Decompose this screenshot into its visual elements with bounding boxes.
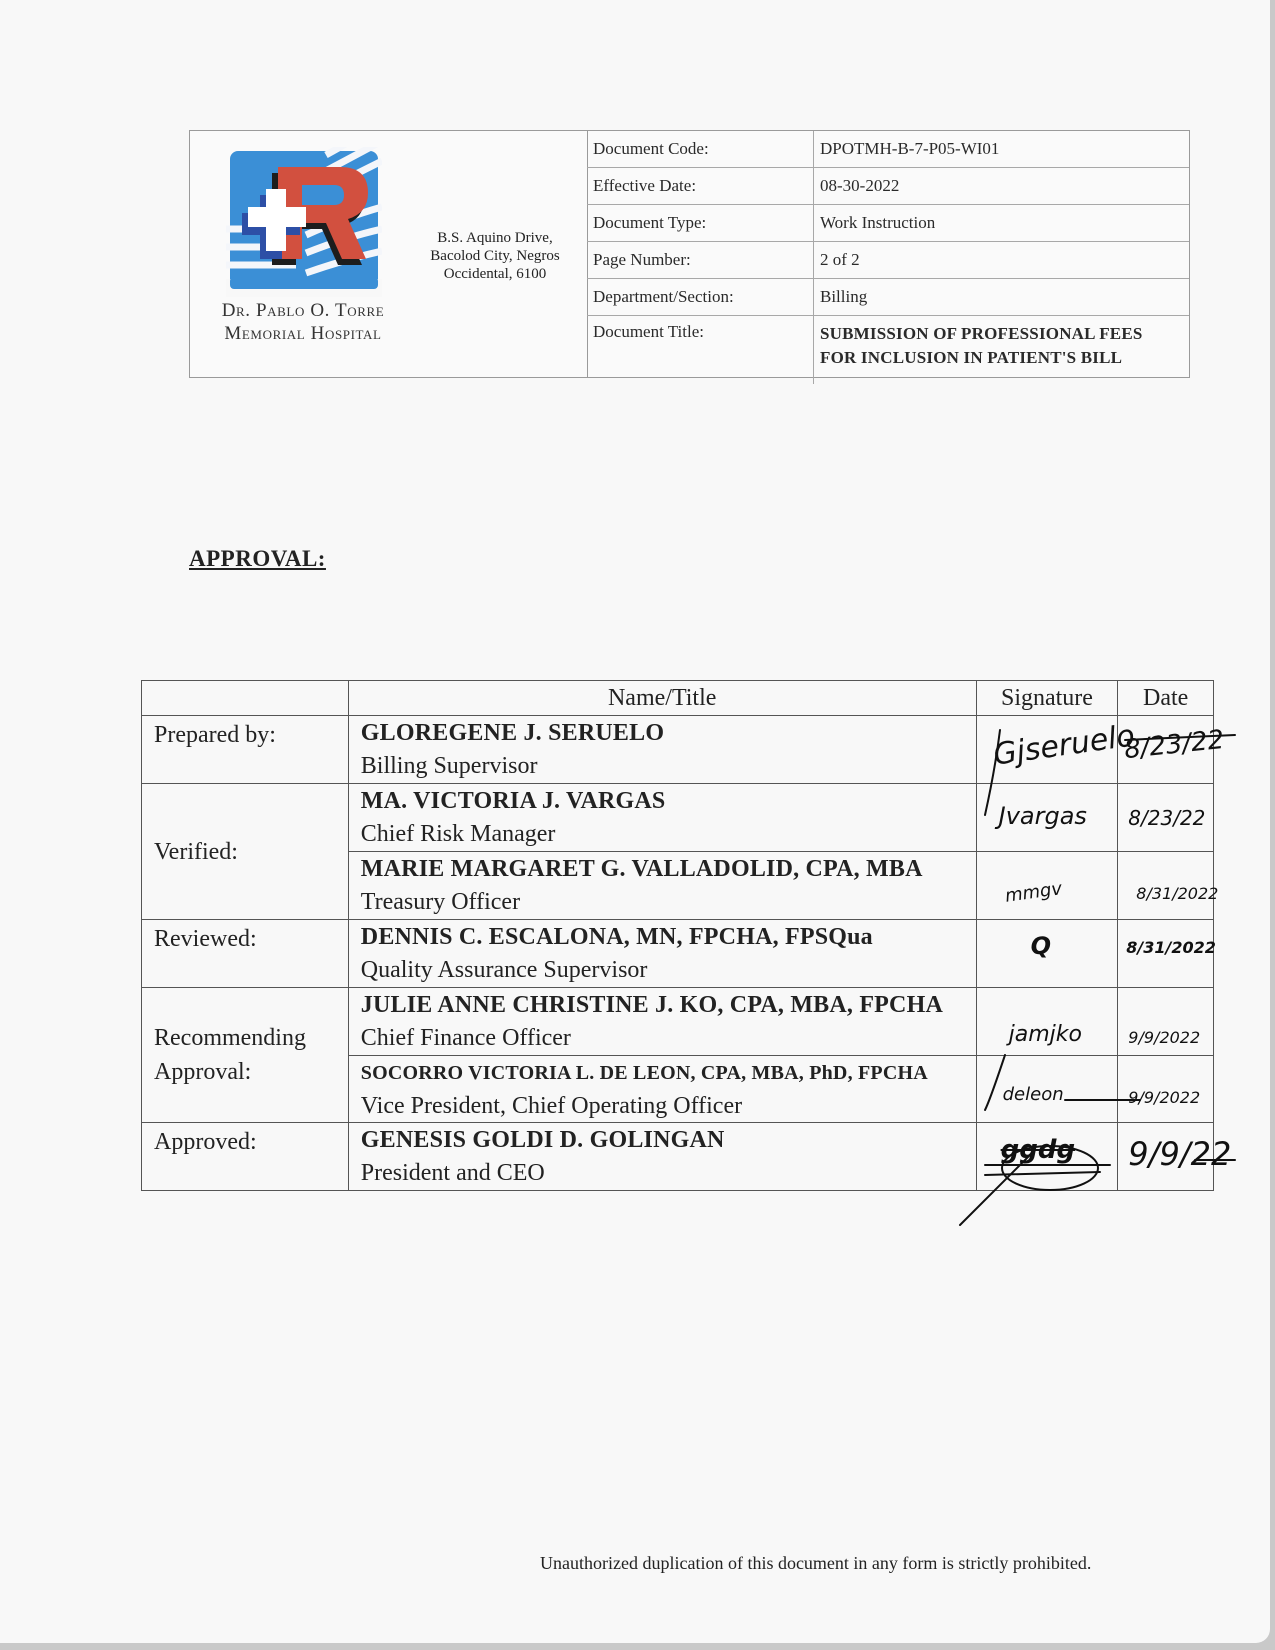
meta-label: Document Code: (587, 131, 814, 168)
document-type: Work Instruction (814, 205, 1190, 242)
signature: deleon (1003, 1084, 1064, 1105)
hospital-address: B.S. Aquino Drive, Bacolod City, Negros … (420, 229, 570, 301)
signature-cell: Jvargas (976, 784, 1118, 852)
role-reviewed: Reviewed: (142, 920, 349, 988)
signature: Q (1031, 932, 1051, 960)
signature: Gjseruelo (991, 718, 1137, 772)
signatory-name: MA. VICTORIA J. VARGAS (361, 784, 964, 818)
role-prepared: Prepared by: (142, 716, 349, 784)
meta-label: Effective Date: (587, 168, 814, 205)
signature-cell: Gjseruelo (976, 716, 1118, 784)
signatory-name: JULIE ANNE CHRISTINE J. KO, CPA, MBA, FP… (361, 988, 964, 1022)
meta-label: Document Type: (587, 205, 814, 242)
column-header-signature: Signature (976, 681, 1118, 716)
signatory-title: Billing Supervisor (361, 750, 964, 782)
signed-date: 8/31/2022 (1136, 884, 1218, 903)
signature-cell: ggdg (976, 1123, 1118, 1191)
name-title-cell: GENESIS GOLDI D. GOLINGAN President and … (348, 1123, 976, 1191)
column-header-role (142, 681, 349, 716)
document-code: DPOTMH-B-7-P05-WI01 (814, 131, 1190, 168)
signatory-title: Chief Finance Officer (361, 1022, 964, 1054)
date-cell: 9/9/2022 (1118, 1056, 1214, 1123)
meta-label: Document Title: (587, 316, 814, 384)
date-cell: 8/31/2022 (1118, 920, 1214, 988)
name-title-cell: SOCORRO VICTORIA L. DE LEON, CPA, MBA, P… (348, 1056, 976, 1123)
approval-table: Name/Title Signature Date Prepared by: G… (141, 680, 1214, 1191)
table-row: Verified: MA. VICTORIA J. VARGAS Chief R… (142, 784, 1214, 852)
signatory-name: DENNIS C. ESCALONA, MN, FPCHA, FPSQua (361, 920, 964, 954)
signature-cell: jamjko (976, 988, 1118, 1056)
signature: jamjko (1009, 1022, 1082, 1047)
column-header-name-title: Name/Title (348, 681, 976, 716)
meta-label: Page Number: (587, 242, 814, 279)
document-header: Dr. Pablo O. Torre Memorial Hospital B.S… (189, 130, 1190, 378)
department-section: Billing (814, 279, 1190, 316)
meta-row: Document Title: SUBMISSION OF PROFESSION… (587, 316, 1189, 384)
meta-row: Document Type: Work Instruction (587, 205, 1189, 242)
name-title-cell: DENNIS C. ESCALONA, MN, FPCHA, FPSQua Qu… (348, 920, 976, 988)
meta-row: Page Number: 2 of 2 (587, 242, 1189, 279)
meta-row: Department/Section: Billing (587, 279, 1189, 316)
name-title-cell: MA. VICTORIA J. VARGAS Chief Risk Manage… (348, 784, 976, 852)
role-approved: Approved: (142, 1123, 349, 1191)
name-title-cell: JULIE ANNE CHRISTINE J. KO, CPA, MBA, FP… (348, 988, 976, 1056)
signed-date: 8/23/22 (1123, 725, 1226, 765)
signatory-title: Treasury Officer (361, 886, 964, 918)
date-cell: 8/31/2022 (1118, 852, 1214, 920)
date-cell: 8/23/22 (1118, 716, 1214, 784)
meta-row: Document Code: DPOTMH-B-7-P05-WI01 (587, 131, 1189, 168)
signed-date: 9/9/2022 (1128, 1028, 1200, 1047)
role-verified: Verified: (142, 784, 349, 920)
signatory-title: Quality Assurance Supervisor (361, 954, 964, 986)
signed-date: 9/9/22 (1128, 1135, 1231, 1173)
signature-cell: Q (976, 920, 1118, 988)
table-row: Recommending Approval: JULIE ANNE CHRIST… (142, 988, 1214, 1056)
signatory-title: Vice President, Chief Operating Officer (361, 1090, 964, 1122)
table-row: Reviewed: DENNIS C. ESCALONA, MN, FPCHA,… (142, 920, 1214, 988)
name-title-cell: MARIE MARGARET G. VALLADOLID, CPA, MBA T… (348, 852, 976, 920)
signed-date: 8/31/2022 (1126, 938, 1216, 957)
signature: Jvargas (999, 802, 1087, 830)
page-number: 2 of 2 (814, 242, 1190, 279)
signature: ggdg (1001, 1135, 1075, 1165)
signatory-name: SOCORRO VICTORIA L. DE LEON, CPA, MBA, P… (361, 1056, 964, 1090)
signed-date: 8/23/22 (1128, 806, 1205, 830)
hospital-branding: Dr. Pablo O. Torre Memorial Hospital B.S… (190, 131, 588, 377)
signature-cell: mmgv (976, 852, 1118, 920)
hospital-name-line2: Memorial Hospital (198, 322, 408, 345)
meta-label: Department/Section: (587, 279, 814, 316)
table-row: Approved: GENESIS GOLDI D. GOLINGAN Pres… (142, 1123, 1214, 1191)
effective-date: 08-30-2022 (814, 168, 1190, 205)
document-title: SUBMISSION OF PROFESSIONAL FEES FOR INCL… (814, 316, 1190, 384)
hospital-logo-icon (226, 147, 382, 297)
date-cell: 9/9/2022 (1118, 988, 1214, 1056)
signatory-title: Chief Risk Manager (361, 818, 964, 850)
signatory-name: MARIE MARGARET G. VALLADOLID, CPA, MBA (361, 852, 964, 886)
duplication-notice: Unauthorized duplication of this documen… (540, 1553, 1091, 1574)
signature: mmgv (1003, 878, 1063, 907)
date-cell: 9/9/22 (1118, 1123, 1214, 1191)
meta-row: Effective Date: 08-30-2022 (587, 168, 1189, 205)
document-meta-table: Document Code: DPOTMH-B-7-P05-WI01 Effec… (587, 131, 1189, 384)
date-cell: 8/23/22 (1118, 784, 1214, 852)
signature-cell: deleon (976, 1056, 1118, 1123)
table-row: Prepared by: GLOREGENE J. SERUELO Billin… (142, 716, 1214, 784)
approval-header-row: Name/Title Signature Date (142, 681, 1214, 716)
hospital-name-line1: Dr. Pablo O. Torre (198, 299, 408, 322)
column-header-date: Date (1118, 681, 1214, 716)
approval-heading: APPROVAL: (189, 546, 326, 572)
role-recommending-approval: Recommending Approval: (142, 988, 349, 1123)
signatory-title: President and CEO (361, 1157, 964, 1189)
signatory-name: GLOREGENE J. SERUELO (361, 716, 964, 750)
document-page: Dr. Pablo O. Torre Memorial Hospital B.S… (0, 0, 1270, 1643)
signatory-name: GENESIS GOLDI D. GOLINGAN (361, 1123, 964, 1157)
hospital-name: Dr. Pablo O. Torre Memorial Hospital (198, 299, 408, 345)
name-title-cell: GLOREGENE J. SERUELO Billing Supervisor (348, 716, 976, 784)
signed-date: 9/9/2022 (1128, 1088, 1200, 1107)
